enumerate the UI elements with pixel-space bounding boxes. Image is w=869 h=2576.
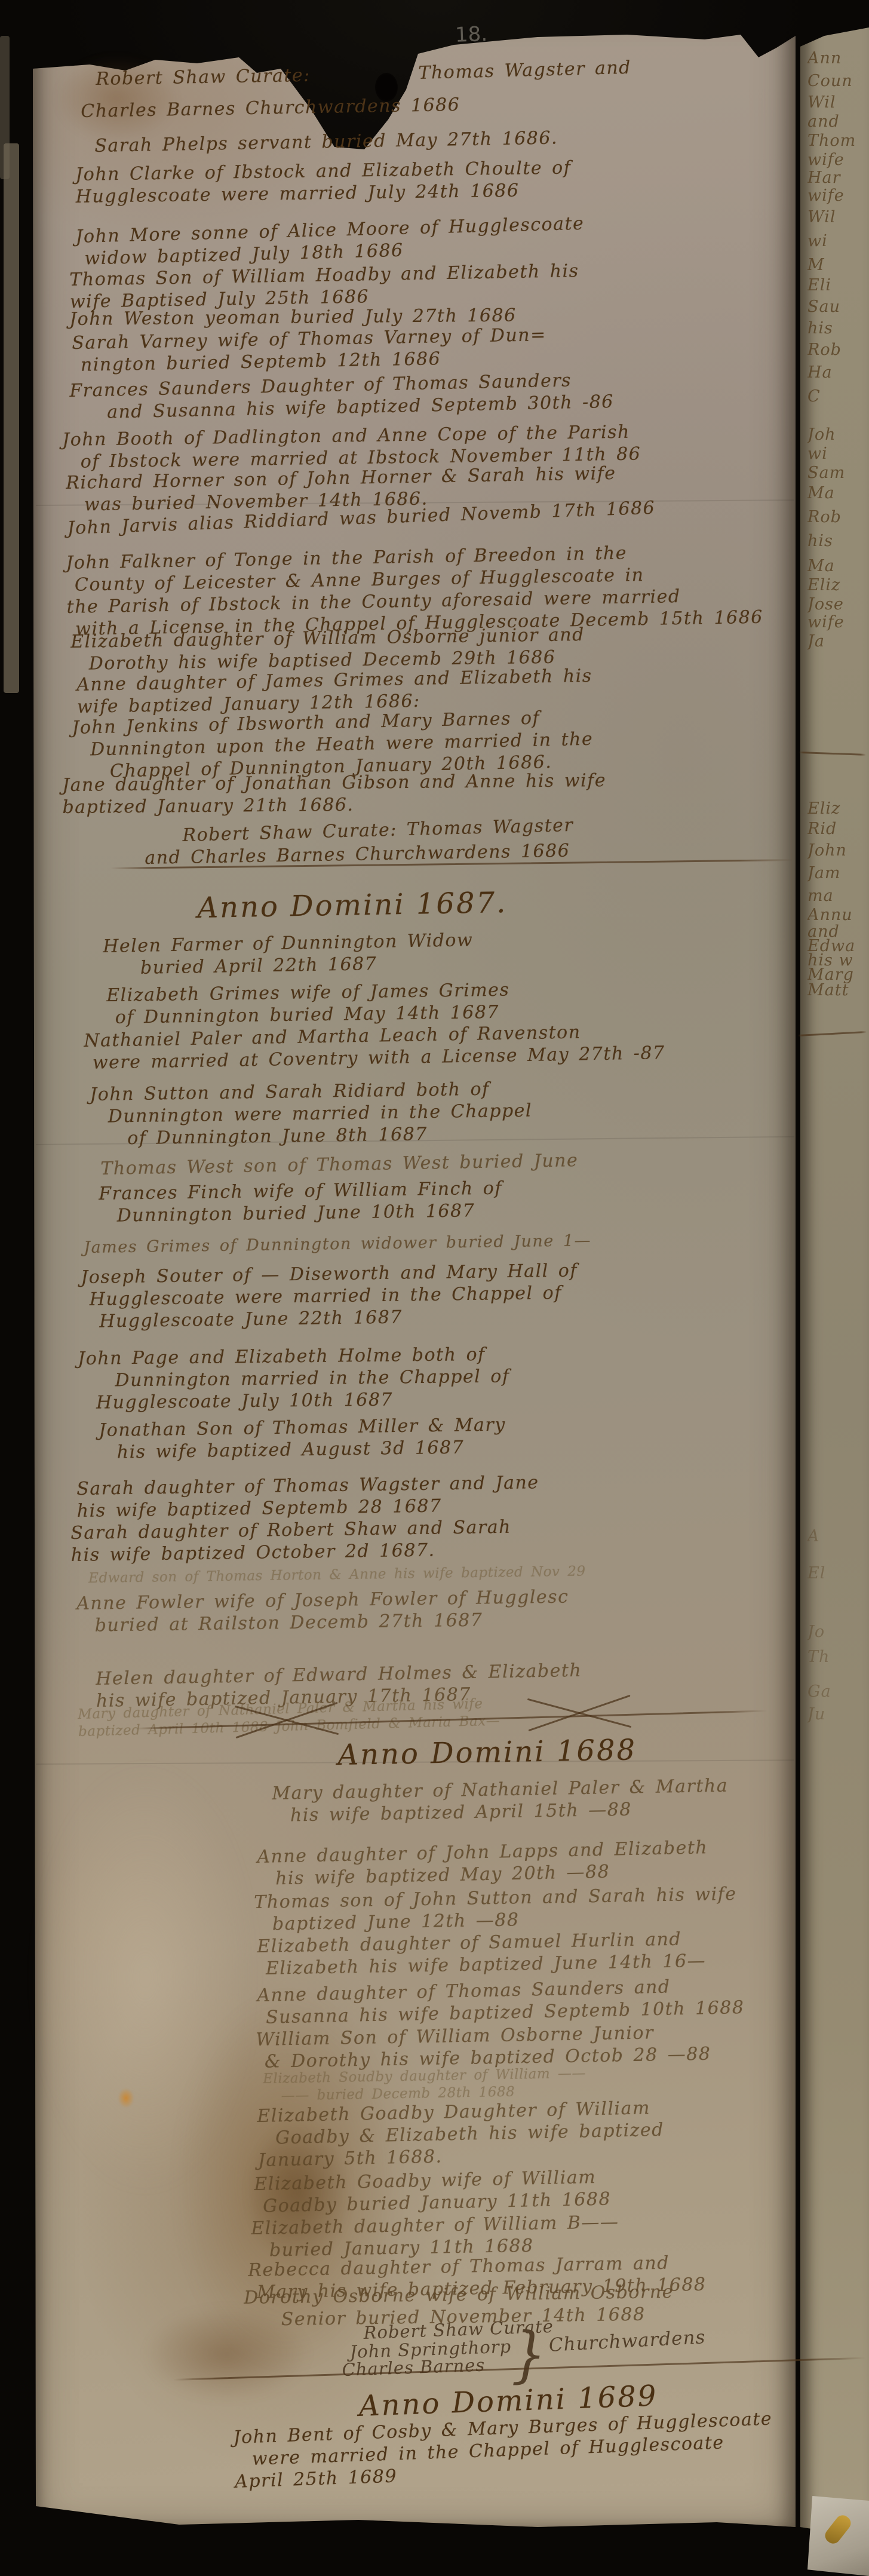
strike-x-mark <box>232 1698 341 1740</box>
entry: William Son of William Osborne Junior & … <box>256 2021 711 2073</box>
year-heading: Anno Domini 1688 <box>337 1733 637 1772</box>
adjacent-page-text-fragment: wi <box>807 232 867 250</box>
page-number-pencil: 18. <box>455 22 487 47</box>
adjacent-page-text-fragment: his <box>807 319 867 338</box>
entry: Sarah daughter of Robert Shaw and Sarah … <box>70 1516 512 1566</box>
entry: Elizabeth Goadby wife of William Goadby … <box>254 2166 611 2217</box>
adjacent-page-text-fragment: Joh <box>807 425 867 444</box>
under-page-edge <box>0 36 10 179</box>
entry: Sarah daughter of Thomas Wagster and Jan… <box>76 1471 539 1522</box>
adjacent-page-text-fragment: John <box>807 841 867 860</box>
adjacent-page-text-fragment: Wil <box>807 208 867 226</box>
adjacent-page-text-fragment: Ja <box>807 632 867 651</box>
entry: Thomas son of John Sutton and Sarah his … <box>254 1883 737 1936</box>
brace-glyph: } <box>511 2320 546 2390</box>
entry: Jane daughter of Jonathan Gibson and Ann… <box>62 769 606 818</box>
adjacent-page-text-fragment: Ju <box>807 1705 867 1724</box>
adjacent-page-text-fragment: Jose <box>807 595 867 614</box>
year-heading: Anno Domini 1687. <box>197 886 508 925</box>
entry: Frances Finch wife of William Finch of D… <box>99 1177 503 1227</box>
adjacent-page-text-fragment: wi <box>807 444 867 463</box>
entry: Mary daughter of Nathaniel Paler & Marth… <box>272 1775 729 1827</box>
entry: John Clarke of Ibstock and Elizabeth Cho… <box>75 157 572 208</box>
entry: Robert Shaw Curate: <box>96 65 311 90</box>
entry: Joseph Souter of — Diseworth and Mary Ha… <box>81 1259 578 1333</box>
adjacent-page-text-fragment: Wil <box>807 93 867 112</box>
adjacent-page-text-fragment: Sau <box>807 298 867 316</box>
adjacent-page-text-fragment: Ga <box>807 1682 867 1701</box>
adjacent-page-text-fragment: M <box>807 256 867 274</box>
adjacent-page-text-fragment: Ann <box>807 49 867 68</box>
adjacent-page-text-fragment: C <box>807 387 867 406</box>
adjacent-page-text-fragment: wife <box>807 186 867 205</box>
adjacent-page-text-fragment: Jam <box>807 864 867 882</box>
adjacent-page-text-fragment: Thom <box>807 131 867 150</box>
adjacent-page-text-fragment: A <box>807 1527 867 1545</box>
entry: Helen Farmer of Dunnington Widow buried … <box>103 929 474 980</box>
adjacent-page-text-fragment: wife <box>807 151 867 169</box>
adjacent-page-text-fragment: ma <box>807 887 867 905</box>
adjacent-page-text-fragment: Rob <box>807 508 867 526</box>
under-page-edge <box>4 143 19 693</box>
adjacent-page-text-fragment: Rob <box>807 341 867 359</box>
adjacent-page-text-fragment: Rid <box>807 820 867 838</box>
adjacent-page-text-fragment: his <box>807 532 867 550</box>
adjacent-page-text-fragment: Th <box>807 1648 867 1666</box>
entry: Elizabeth Goadby Daughter of William Goa… <box>257 2097 665 2172</box>
entry: John Sutton and Sarah Ridiard both of Du… <box>90 1078 533 1150</box>
entry: Anne daughter of John Lapps and Elizabet… <box>257 1836 708 1890</box>
adjacent-page-text-fragment: Ha <box>807 363 867 382</box>
entry-line: Hugglescoate July 10th 1687 <box>96 1387 510 1413</box>
adjacent-page-text-fragment: Annu <box>807 906 867 924</box>
manuscript-photo: 18. Robert Shaw Curate: Thomas Wagster a… <box>0 0 869 2576</box>
entry: Elizabeth Grimes wife of James Grimes of… <box>106 979 510 1029</box>
entry: Sarah Varney wife of Thomas Varney of Du… <box>72 324 547 376</box>
adjacent-page-text-fragment: Har <box>807 168 867 187</box>
adjacent-page-text-fragment: Jo <box>807 1623 867 1641</box>
adjacent-page-text-fragment: wife <box>807 613 867 631</box>
adjacent-page-text-fragment: and <box>807 112 867 131</box>
entry-line: Dunnington married in the Chappel of <box>115 1365 509 1391</box>
adjacent-page-text-fragment: Ma <box>807 484 867 502</box>
adjacent-page-text-fragment: Eli <box>807 276 867 295</box>
adjacent-page-text-fragment: Coun <box>807 72 867 90</box>
adjacent-page-text-fragment: Sam <box>807 464 867 482</box>
adjacent-page-text-fragment: Eliz <box>807 799 867 818</box>
adjacent-page-text-fragment: El <box>807 1564 867 1583</box>
entry: Elizabeth daughter of Samuel Hurlin and … <box>257 1928 706 1980</box>
entry: Anne Fowler wife of Joseph Fowler of Hug… <box>76 1586 569 1637</box>
entry-line: Robert Shaw Curate: <box>96 65 311 90</box>
adjacent-page-text-fragment: Matt <box>807 981 867 999</box>
adjacent-page-text-fragment: Eliz <box>807 576 867 594</box>
adjacent-page-text-fragment: Ma <box>807 557 867 575</box>
entry: Jonathan Son of Thomas Miller & Mary his… <box>99 1413 506 1464</box>
strike-x-mark <box>525 1691 634 1733</box>
entry: John Page and Elizabeth Holme both of Du… <box>78 1343 510 1414</box>
entry: John Falkner of Tonge in the Parish of B… <box>66 540 763 640</box>
